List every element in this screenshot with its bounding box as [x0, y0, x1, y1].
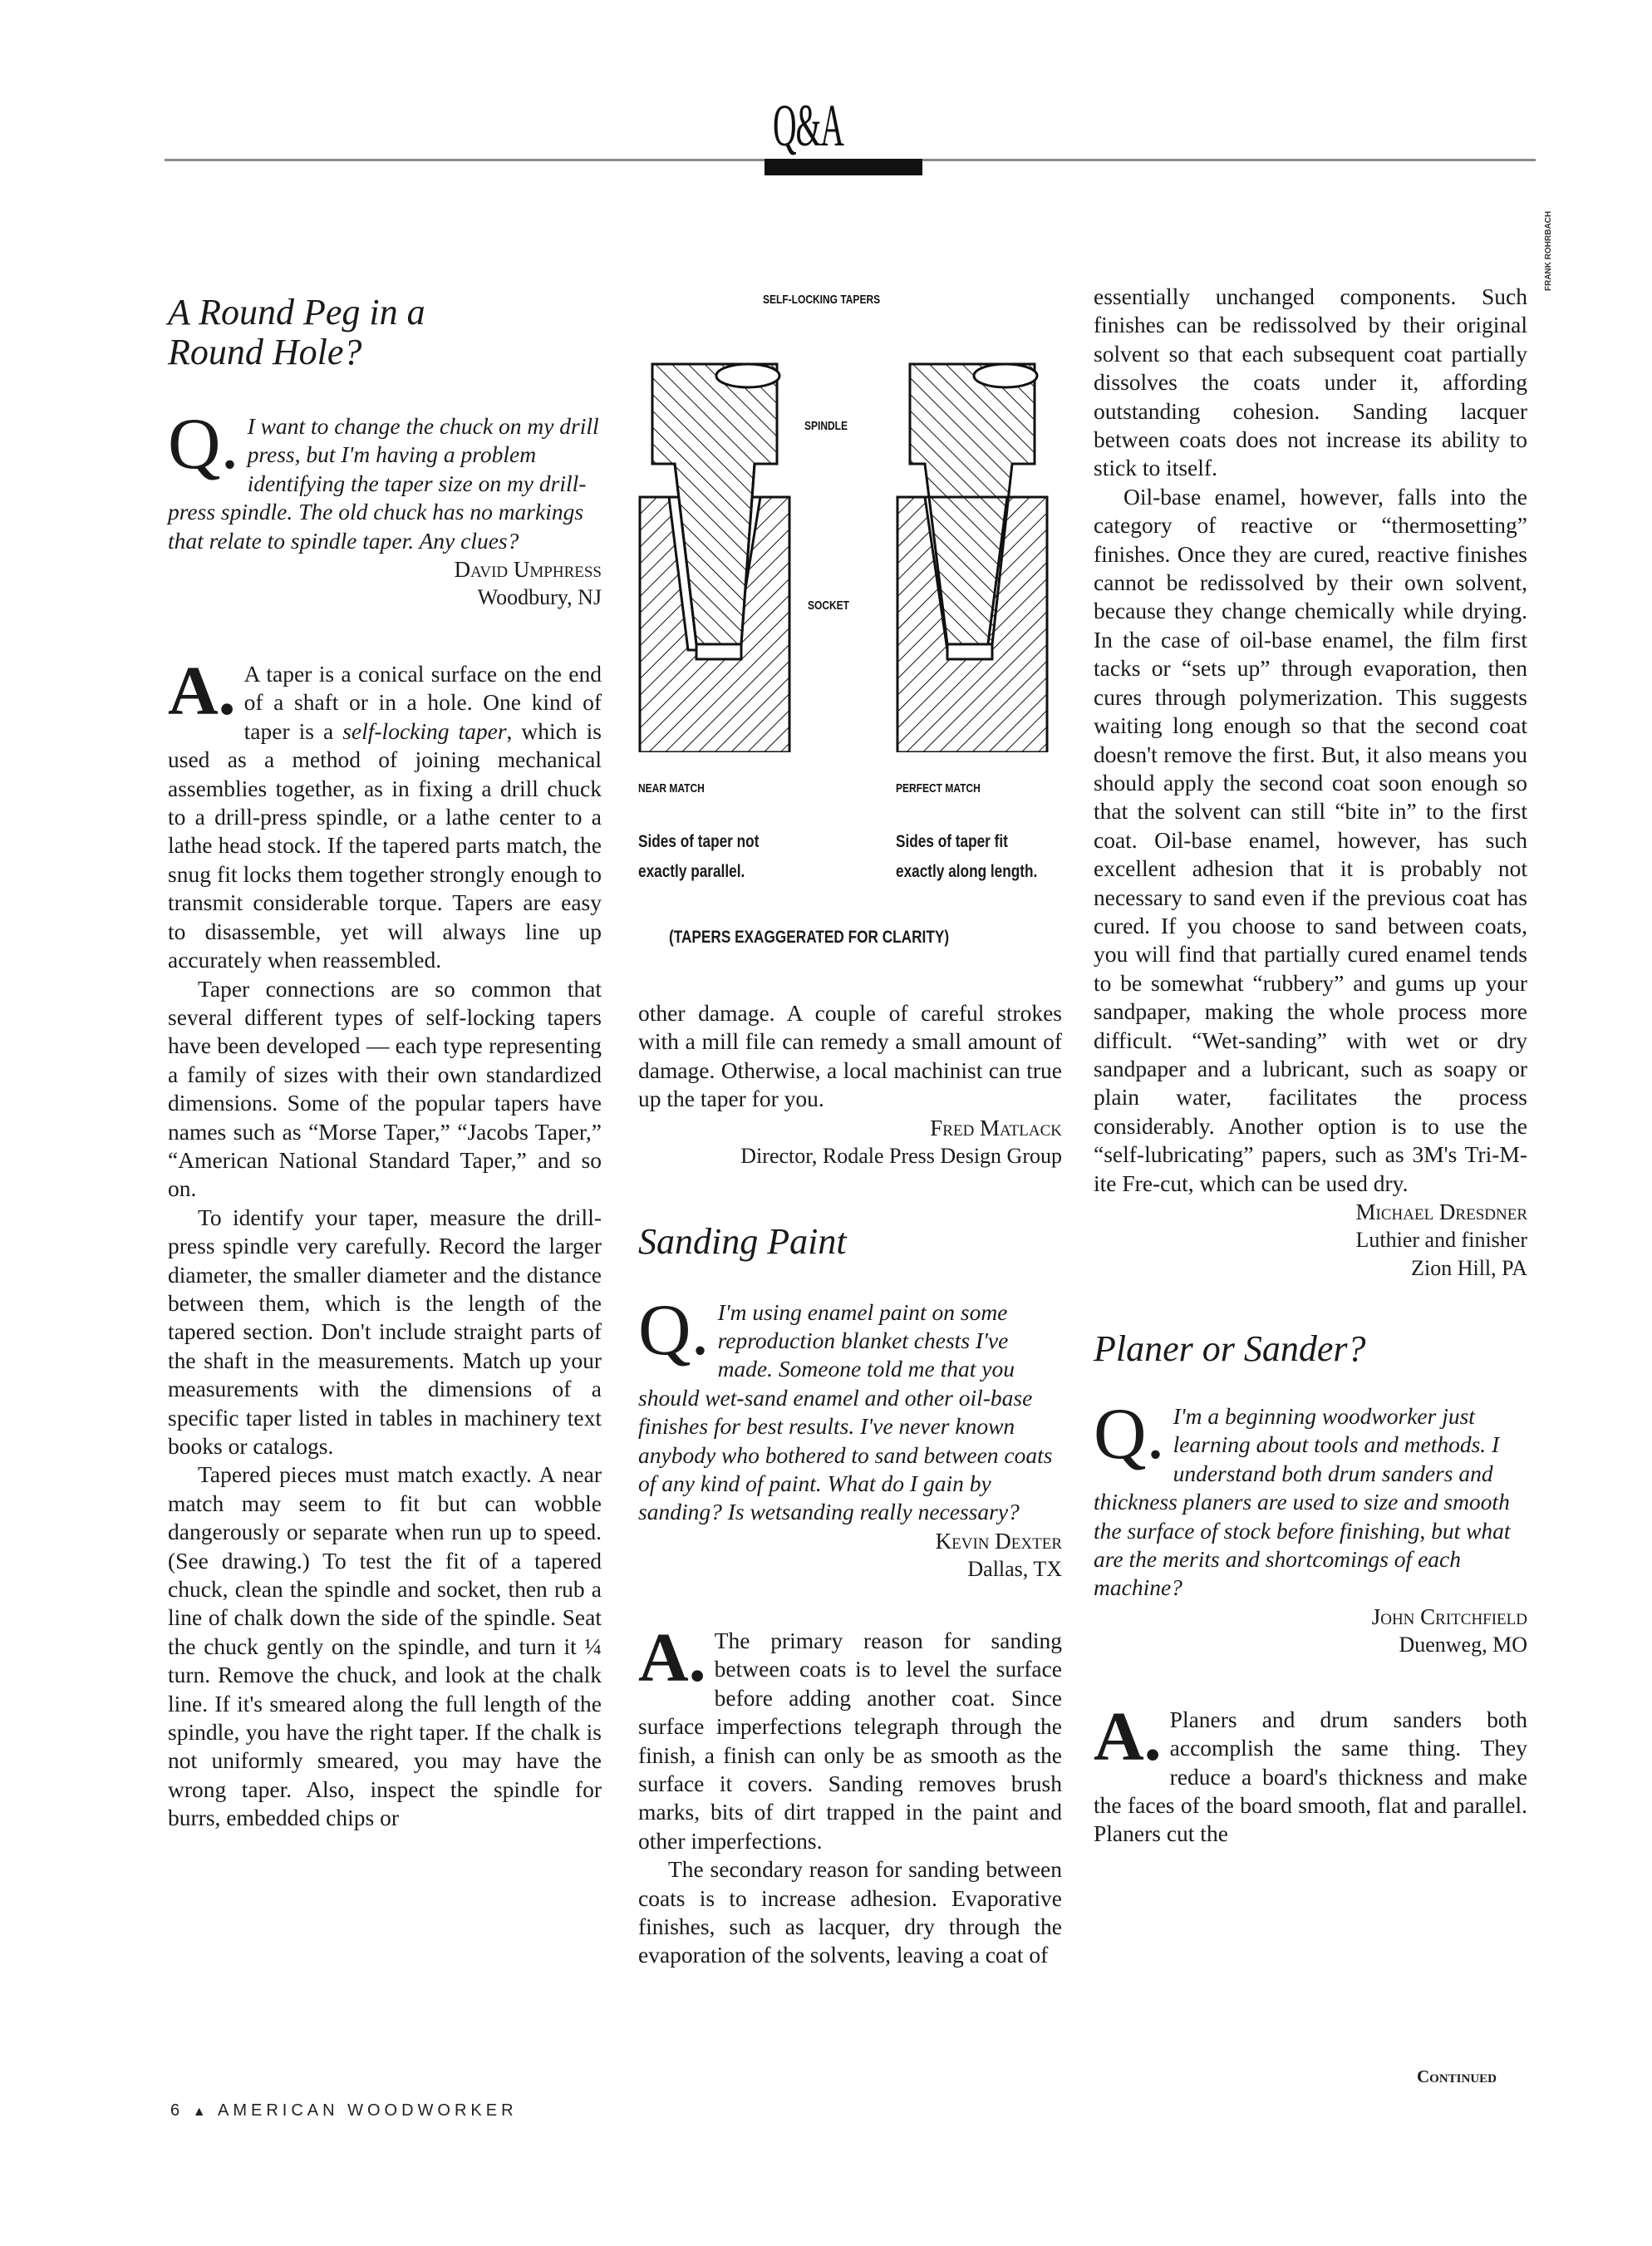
near-match-caption: Sides of taper not exactly parallel. [638, 827, 802, 887]
figure-title: SELF-LOCKING TAPERS [763, 293, 880, 307]
question: Q. I want to change the chuck on my dril… [168, 412, 602, 555]
article-title: A Round Peg in a Round Hole? [168, 293, 602, 372]
answer-text: , which is used as a method of joining m… [168, 718, 602, 973]
answer-marker: A. [638, 1630, 706, 1687]
answer-emphasis: self-locking taper [342, 718, 506, 744]
perfect-match-caption: Sides of taper fit exactly along length. [896, 827, 1039, 887]
answer-author: Michael Dresdner [1094, 1198, 1527, 1226]
answer-paragraph: Tapered pieces must match exactly. A nea… [168, 1460, 602, 1832]
answer: A. A taper is a conical surface on the e… [168, 660, 602, 1833]
question: Q. I'm a beginning woodworker just learn… [1094, 1402, 1527, 1603]
answer: A. The primary reason for sanding betwee… [638, 1627, 1062, 1970]
answer-marker: A. [1094, 1709, 1162, 1766]
answer-author-title: Director, Rodale Press Design Group [638, 1142, 1062, 1170]
magazine-name: AMERICAN WOODWORKER [218, 2101, 518, 2120]
column-middle: other damage. A couple of careful stroke… [638, 999, 1062, 1970]
taper-diagram [632, 357, 1064, 752]
question-author: David Umphress [168, 555, 602, 584]
label-socket: SOCKET [808, 598, 849, 613]
answer-paragraph: other damage. A couple of careful stroke… [638, 999, 1062, 1114]
question-author: Kevin Dexter [638, 1527, 1062, 1555]
answer-paragraph: Oil-base enamel, however, falls into the… [1094, 483, 1527, 1198]
perfect-match-drawing [897, 364, 1047, 752]
question-marker: Q. [168, 416, 239, 474]
answer-paragraph: The secondary reason for sanding between… [638, 1855, 1062, 1970]
perfect-match-title: PERFECT MATCH [896, 781, 981, 795]
answer-paragraph: essentially unchanged components. Such f… [1094, 283, 1527, 483]
answer-paragraph: Taper connections are so common that sev… [168, 975, 602, 1204]
label-spindle: SPINDLE [804, 419, 848, 433]
article-title-line: Round Hole? [168, 332, 361, 372]
question-location: Duenweg, MO [1094, 1631, 1527, 1659]
question-location: Dallas, TX [638, 1555, 1062, 1584]
figure-note: (TAPERS EXAGGERATED FOR CLARITY) [669, 923, 949, 953]
answer: A. Planers and drum sanders both accompl… [1094, 1706, 1527, 1849]
article-title-line: A Round Peg in a [168, 292, 425, 332]
question-marker: Q. [638, 1302, 710, 1360]
answer-marker: A. [168, 663, 236, 720]
header-rule-block [765, 159, 922, 175]
page-footer: 6 ▲ AMERICAN WOODWORKER [170, 2101, 518, 2120]
question-location: Woodbury, NJ [168, 584, 602, 612]
column-right: essentially unchanged components. Such f… [1094, 283, 1527, 1849]
photo-credit: FRANK ROHRBACH [1544, 211, 1553, 291]
question-marker: Q. [1094, 1406, 1165, 1464]
triangle-icon: ▲ [193, 2105, 210, 2119]
near-match-title: NEAR MATCH [638, 781, 705, 795]
answer-author: Fred Matlack [638, 1114, 1062, 1142]
article-title: Sanding Paint [638, 1222, 1062, 1262]
question: Q. I'm using enamel paint on some reprod… [638, 1298, 1062, 1527]
section-title: Q&A [773, 93, 843, 158]
answer-location: Zion Hill, PA [1094, 1254, 1527, 1283]
page-number: 6 [170, 2101, 184, 2120]
column-left: A Round Peg in a Round Hole? Q. I want t… [168, 293, 602, 1833]
continued-label: Continued [1417, 2066, 1497, 2087]
article-title: Planer or Sander? [1094, 1329, 1527, 1369]
answer-author-title: Luthier and finisher [1094, 1226, 1527, 1254]
answer-paragraph: To identify your taper, measure the dril… [168, 1204, 602, 1461]
question-author: John Critchfield [1094, 1603, 1527, 1631]
near-match-drawing [640, 364, 789, 752]
